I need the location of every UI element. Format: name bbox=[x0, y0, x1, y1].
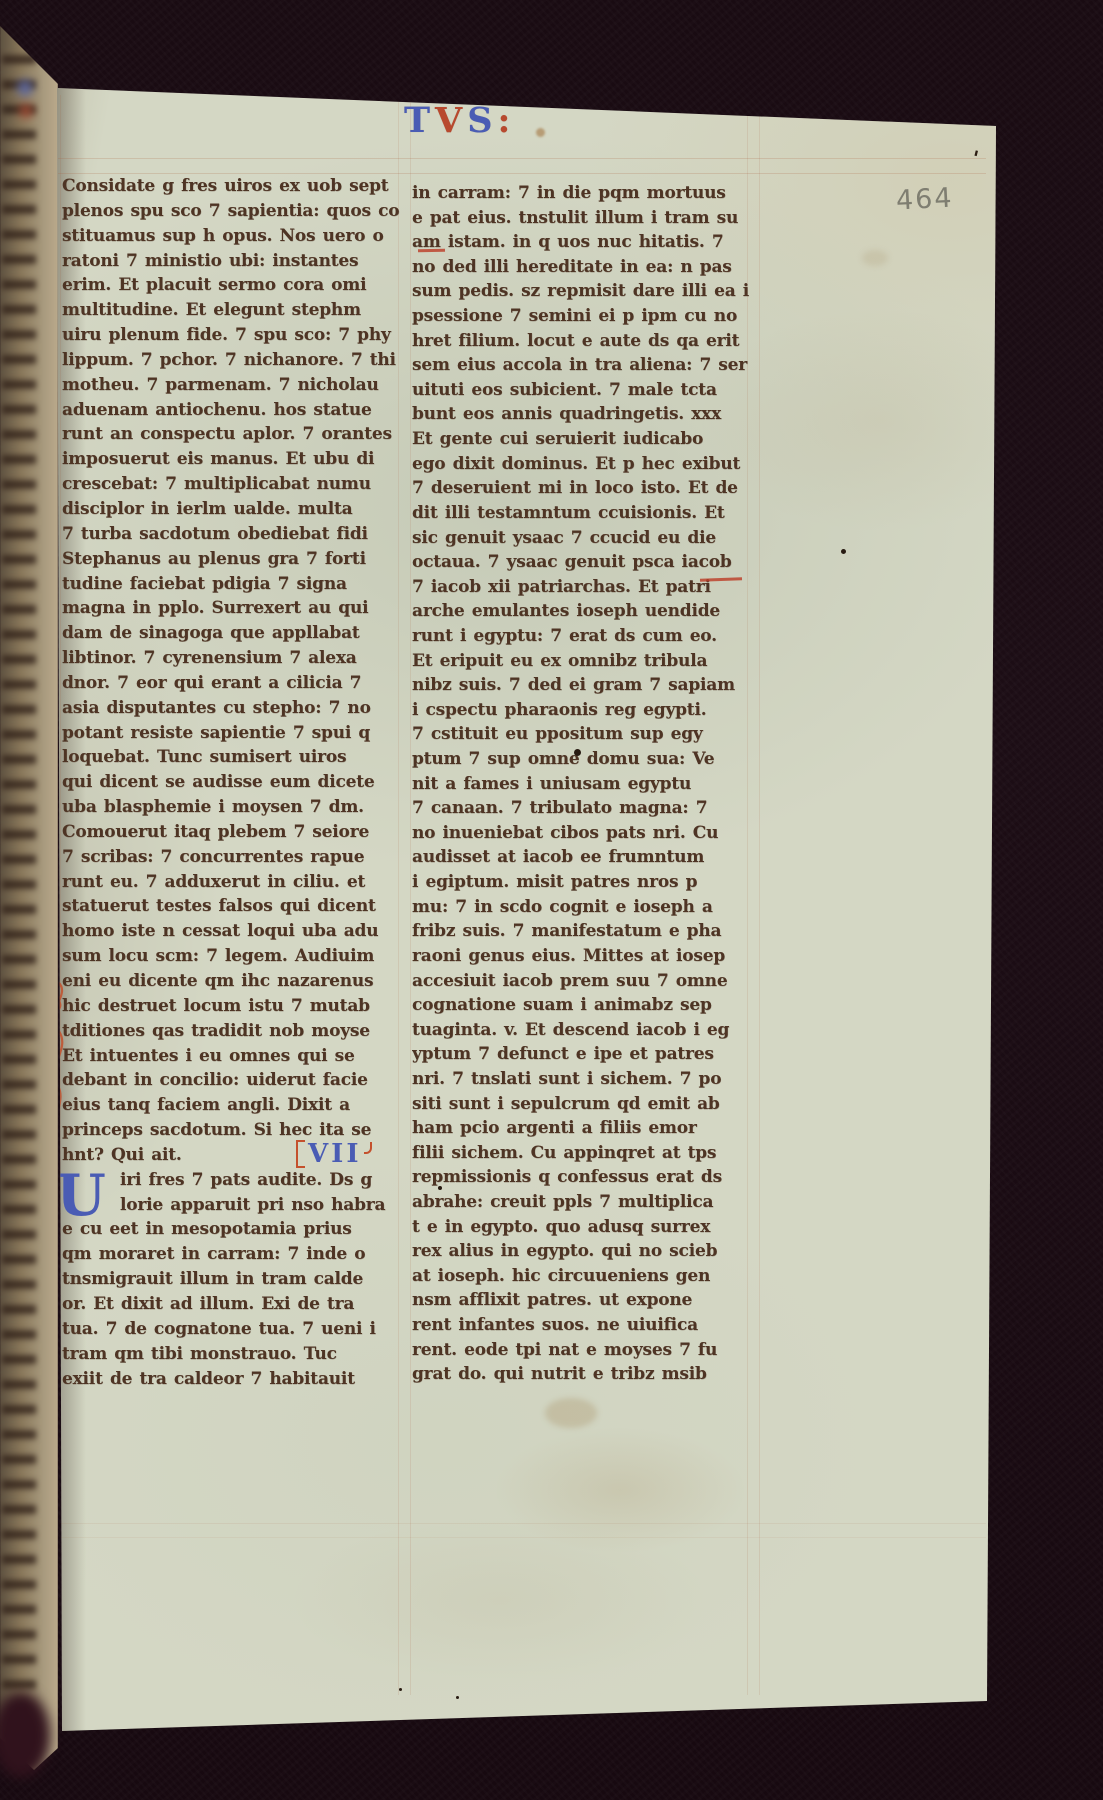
text-line: uba blasphemie i moysen 7 dm. bbox=[62, 797, 408, 822]
text-line: nibz suis. 7 ded ei gram 7 sapiam bbox=[412, 675, 758, 700]
manuscript-photo: TVS: 464 ' Considate g fres uiros ex uob… bbox=[0, 0, 1103, 1800]
chapter-numeral-marker: VII bbox=[296, 1140, 372, 1168]
text-line: psessione 7 semini ei p ipm cu no bbox=[412, 306, 758, 331]
ruling-line-vertical bbox=[410, 95, 411, 1695]
text-line: statuerut testes falsos qui dicent bbox=[62, 896, 408, 921]
text-line: hret filium. locut e aute ds qa erit bbox=[412, 331, 758, 356]
ruling-line-vertical bbox=[759, 95, 760, 1695]
text-line: homo iste n cessat loqui uba adu bbox=[62, 921, 408, 946]
chapter-numeral: VII bbox=[308, 1142, 362, 1166]
text-line: rent infantes suos. ne uiuifica bbox=[412, 1315, 758, 1340]
text-line: ego dixit dominus. Et p hec exibut bbox=[412, 454, 758, 479]
text-line: Stephanus au plenus gra 7 forti bbox=[62, 549, 408, 574]
text-line: e pat eius. tnstulit illum i tram su bbox=[412, 208, 758, 233]
text-line: asia disputantes cu stepho: 7 no bbox=[62, 698, 408, 723]
text-line: crescebat: 7 multiplicabat numu bbox=[62, 474, 408, 499]
text-column-right: in carram: 7 in die pqm mortuuse pat eiu… bbox=[412, 183, 758, 1389]
text-line: nsm afflixit patres. ut expone bbox=[412, 1290, 758, 1315]
ruling-line-horizontal bbox=[58, 1537, 986, 1538]
text-line: Considate g fres uiros ex uob sept bbox=[62, 176, 408, 201]
ruling-line-horizontal bbox=[58, 1523, 986, 1524]
text-line: Et eripuit eu ex omnibz tribula bbox=[412, 651, 758, 676]
text-line: Comouerut itaq plebem 7 seiore bbox=[62, 822, 408, 847]
red-bracket bbox=[296, 1140, 305, 1168]
text-line: imposuerut eis manus. Et ubu di bbox=[62, 449, 408, 474]
text-line: runt eu. 7 adduxerut in ciliu. et bbox=[62, 872, 408, 897]
text-line: stituamus sup h opus. Nos uero o bbox=[62, 226, 408, 251]
text-line: tuaginta. v. Et descend iacob i eg bbox=[412, 1020, 758, 1045]
ink-dot bbox=[536, 128, 545, 137]
text-line: nri. 7 tnslati sunt i sichem. 7 po bbox=[412, 1069, 758, 1094]
text-line: potant resiste sapientie 7 spui q bbox=[62, 723, 408, 748]
text-line: ptum 7 sup omne domu sua: Ve bbox=[412, 749, 758, 774]
manuscript-page: TVS: 464 ' Considate g fres uiros ex uob… bbox=[0, 0, 1103, 1800]
text-line: fribz suis. 7 manifestatum e pha bbox=[412, 921, 758, 946]
text-line: ratoni 7 ministio ubi: instantes bbox=[62, 251, 408, 276]
text-line: am istam. in q uos nuc hitatis. 7 bbox=[412, 232, 758, 257]
text-line: i cspectu pharaonis reg egypti. bbox=[412, 700, 758, 725]
text-line: grat do. qui nutrit e tribz msib bbox=[412, 1364, 758, 1389]
text-line: Et gente cui seruierit iudicabo bbox=[412, 429, 758, 454]
ink-speck bbox=[841, 549, 846, 554]
text-line: qui dicent se audisse eum dicete bbox=[62, 772, 408, 797]
text-line: runt i egyptu: 7 erat ds cum eo. bbox=[412, 626, 758, 651]
text-line: tudine faciebat pdigia 7 signa bbox=[62, 574, 408, 599]
text-line: arche emulantes ioseph uendide bbox=[412, 601, 758, 626]
ruling-line-horizontal bbox=[58, 173, 986, 174]
text-line: mu: 7 in scdo cognit e ioseph a bbox=[412, 897, 758, 922]
text-line: dit illi testamntum ccuisionis. Et bbox=[412, 503, 758, 528]
text-line: t e in egypto. quo adusq surrex bbox=[412, 1217, 758, 1242]
text-line: sum locu scm: 7 legem. Audiuim bbox=[62, 946, 408, 971]
running-title-letter: V bbox=[435, 100, 467, 141]
text-line: raoni genus eius. Mittes at iosep bbox=[412, 946, 758, 971]
text-line: loquebat. Tunc sumisert uiros bbox=[62, 747, 408, 772]
text-line: yptum 7 defunct e ipe et patres bbox=[412, 1044, 758, 1069]
text-line: sum pedis. sz repmisit dare illi ea i bbox=[412, 281, 758, 306]
running-title-letter: S bbox=[467, 100, 497, 141]
red-bracket-tail bbox=[364, 1142, 372, 1154]
text-line: rent. eode tpi nat e moyses 7 fu bbox=[412, 1340, 758, 1365]
text-line: 7 scribas: 7 concurrentes rapue bbox=[62, 847, 408, 872]
text-line: sem eius accola in tra aliena: 7 ser bbox=[412, 355, 758, 380]
ink-speck bbox=[399, 1688, 402, 1691]
correction-strike bbox=[418, 249, 445, 252]
text-line: libtinor. 7 cyrenensium 7 alexa bbox=[62, 648, 408, 673]
text-line: magna in pplo. Surrexert au qui bbox=[62, 598, 408, 623]
text-line: iri fres 7 pats audite. Ds g bbox=[120, 1170, 408, 1195]
text-line: dnor. 7 eor qui erant a cilicia 7 bbox=[62, 673, 408, 698]
text-line: audisset at iacob ee frumntum bbox=[412, 847, 758, 872]
ink-speck bbox=[456, 1696, 459, 1699]
text-line: ham pcio argenti a filiis emor bbox=[412, 1118, 758, 1143]
text-line: siti sunt i sepulcrum qd emit ab bbox=[412, 1094, 758, 1119]
text-line: disciplor in ierlm ualde. multa bbox=[62, 499, 408, 524]
running-title: TVS: bbox=[404, 100, 515, 141]
text-line: nit a fames i uniusam egyptu bbox=[412, 774, 758, 799]
facing-page-edge bbox=[0, 0, 58, 1775]
ruling-line-vertical bbox=[60, 95, 61, 1695]
text-line: motheu. 7 parmenam. 7 nicholau bbox=[62, 375, 408, 400]
text-line: lippum. 7 pchor. 7 nichanore. 7 thi bbox=[62, 350, 408, 375]
text-line: dam de sinagoga que appllabat bbox=[62, 623, 408, 648]
text-line: sic genuit ysaac 7 ccucid eu die bbox=[412, 528, 758, 553]
text-line: 7 canaan. 7 tribulato magna: 7 bbox=[412, 798, 758, 823]
text-line: abrahe: creuit ppls 7 multiplica bbox=[412, 1192, 758, 1217]
facing-page-blurred-text bbox=[2, 55, 36, 1695]
text-line: no inueniebat cibos pats nri. Cu bbox=[412, 823, 758, 848]
text-line: uituti eos subicient. 7 male tcta bbox=[412, 380, 758, 405]
text-line: exiit de tra caldeor 7 habitauit bbox=[62, 1369, 408, 1394]
text-line: rex alius in egypto. qui no scieb bbox=[412, 1241, 758, 1266]
text-line: cognatione suam i animabz sep bbox=[412, 995, 758, 1020]
running-title-letter: T bbox=[404, 100, 435, 141]
text-line: multitudine. Et elegunt stephm bbox=[62, 300, 408, 325]
ruling-line-horizontal bbox=[58, 158, 986, 159]
text-line: i egiptum. misit patres nros p bbox=[412, 872, 758, 897]
parchment-stain bbox=[862, 250, 888, 266]
parchment-stain bbox=[545, 1398, 597, 1428]
ink-speck bbox=[438, 1186, 442, 1190]
text-line: 7 deseruient mi in loco isto. Et de bbox=[412, 478, 758, 503]
facing-page-red-mark bbox=[20, 104, 32, 118]
text-line: filii sichem. Cu appinqret at tps bbox=[412, 1143, 758, 1168]
text-line: bunt eos annis quadringetis. xxx bbox=[412, 404, 758, 429]
text-line: aduenam antiochenu. hos statue bbox=[62, 400, 408, 425]
text-line: at ioseph. hic circuueniens gen bbox=[412, 1266, 758, 1291]
text-line: 7 cstituit eu ppositum sup egy bbox=[412, 724, 758, 749]
ink-speck bbox=[574, 749, 581, 756]
text-line: octaua. 7 ysaac genuit psca iacob bbox=[412, 552, 758, 577]
decorated-initial: U bbox=[50, 1160, 112, 1236]
text-line: runt an conspectu aplor. 7 orantes bbox=[62, 424, 408, 449]
folio-number: 464 bbox=[895, 183, 954, 217]
text-line: 7 turba sacdotum obediebat fidi bbox=[62, 524, 408, 549]
text-line: erim. Et placuit sermo cora omi bbox=[62, 275, 408, 300]
running-title-letter: : bbox=[497, 100, 515, 141]
text-line: no ded illi hereditate in ea: n pas bbox=[412, 257, 758, 282]
text-line: plenos spu sco 7 sapientia: quos co bbox=[62, 201, 408, 226]
text-line: repmissionis q confessus erat ds bbox=[412, 1167, 758, 1192]
text-line: in carram: 7 in die pqm mortuus bbox=[412, 183, 758, 208]
text-line: uiru plenum fide. 7 spu sco: 7 phy bbox=[62, 325, 408, 350]
facing-page-blue-mark bbox=[18, 80, 32, 96]
text-line: accesiuit iacob prem suu 7 omne bbox=[412, 971, 758, 996]
text-line: lorie apparuit pri nso habra bbox=[120, 1195, 408, 1220]
